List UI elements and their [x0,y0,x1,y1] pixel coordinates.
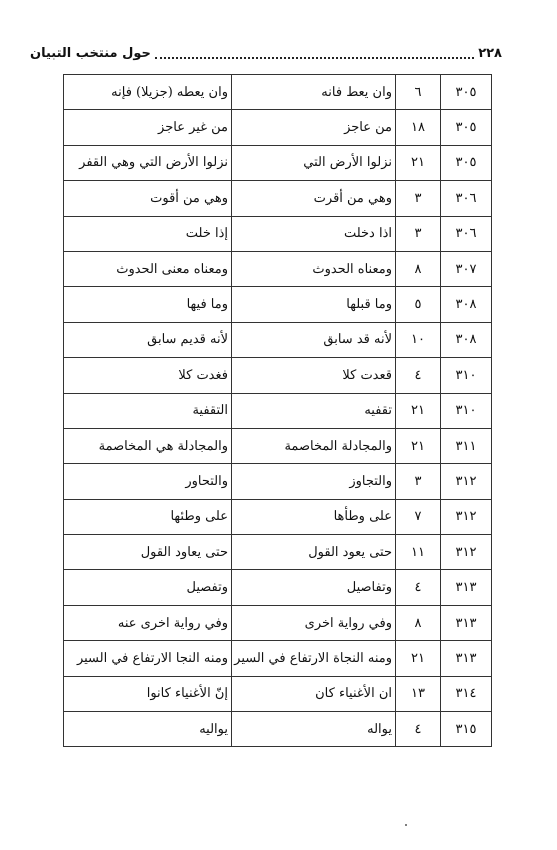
error-text-cell: وما قبلها [232,287,396,322]
correction-text-cell: إذا خلت [64,216,232,251]
page-number-cell: ٣٠٥ [441,110,492,145]
correction-text-cell: وان يعطه (جزيلا) فإنه [64,75,232,110]
table-row: ٣١٢١١حتى يعود القولحتى يعاود القول [64,535,492,570]
table-row: ٣٠٦٣اذا دخلتإذا خلت [64,216,492,251]
correction-text-cell: وفي رواية اخرى عنه [64,605,232,640]
table-row: ٣٠٨١٠لأنه قد سابقلأنه قديم سابق [64,322,492,357]
error-text-cell: وفي رواية اخرى [232,605,396,640]
correction-text-cell: لأنه قديم سابق [64,322,232,357]
table-row: ٣١٢٧على وطأهاعلى وطئها [64,499,492,534]
page-number-cell: ٣٠٦ [441,181,492,216]
page-number-cell: ٣١٤ [441,676,492,711]
correction-text-cell: حتى يعاود القول [64,535,232,570]
page-number-cell: ٣١٠ [441,358,492,393]
page-number-cell: ٣١٢ [441,464,492,499]
correction-text-cell: ومنه النجا الارتفاع في السير [64,641,232,676]
correction-text-cell: وتفصيل [64,570,232,605]
error-text-cell: ان الأغنياء كان [232,676,396,711]
error-text-cell: نزلوا الأرض التي [232,145,396,180]
correction-text-cell: فغدت كلا [64,358,232,393]
line-number-cell: ١٣ [396,676,441,711]
error-text-cell: وتفاصيل [232,570,396,605]
page-number-cell: ٣٠٨ [441,287,492,322]
line-number-cell: ٣ [396,181,441,216]
error-text-cell: والمجادلة المخاصمة [232,428,396,463]
line-number-cell: ٢١ [396,393,441,428]
table-row: ٣٠٥١٨من عاجزمن غير عاجز [64,110,492,145]
correction-text-cell: يواليه [64,712,232,747]
line-number-cell: ١٨ [396,110,441,145]
error-text-cell: ومعناه الحدوث [232,251,396,286]
line-number-cell: ٦ [396,75,441,110]
page-number-cell: ٣٠٨ [441,322,492,357]
line-number-cell: ٧ [396,499,441,534]
page-number: ٢٢٨ [478,46,502,61]
correction-text-cell: إنّ الأغنياء كانوا [64,676,232,711]
error-text-cell: على وطأها [232,499,396,534]
error-text-cell: من عاجز [232,110,396,145]
correction-text-cell: على وطئها [64,499,232,534]
correction-text-cell: ومعناه معنى الحدوث [64,251,232,286]
table-row: ٣١٢٣والتجاوزوالتحاور [64,464,492,499]
error-text-cell: والتجاوز [232,464,396,499]
line-number-cell: ٨ [396,251,441,286]
table-row: ٣٠٥٦وان يعط فانهوان يعطه (جزيلا) فإنه [64,75,492,110]
table-row: ٣١٤١٣ان الأغنياء كانإنّ الأغنياء كانوا [64,676,492,711]
line-number-cell: ٤ [396,358,441,393]
table-row: ٣٠٨٥وما قبلهاوما فيها [64,287,492,322]
page-number-cell: ٣١٢ [441,535,492,570]
page-number-cell: ٣١٢ [441,499,492,534]
page-number-cell: ٣١٣ [441,605,492,640]
table-row: ٣١٣٢١ومنه النجاة الارتفاع في السيرومنه ا… [64,641,492,676]
correction-text-cell: من غير عاجز [64,110,232,145]
book-title: حول منتخب التبيان [30,46,151,61]
table-row: ٣١١٢١والمجادلة المخاصمةوالمجادلة هي المخ… [64,428,492,463]
table-row: ٣١٠٤قعدت كلافغدت كلا [64,358,492,393]
table-row: ٣١٣٤وتفاصيلوتفصيل [64,570,492,605]
line-number-cell: ٤ [396,712,441,747]
error-text-cell: وهي من أقرت [232,181,396,216]
line-number-cell: ٢١ [396,145,441,180]
page-number-cell: ٣٠٧ [441,251,492,286]
page-number-cell: ٣١٠ [441,393,492,428]
table-row: ٣١٣٨وفي رواية اخرىوفي رواية اخرى عنه [64,605,492,640]
correction-text-cell: نزلوا الأرض التي وهي القفر [64,145,232,180]
error-text-cell: يواله [232,712,396,747]
line-number-cell: ٢١ [396,641,441,676]
running-header: ٢٢٨ حول منتخب التبيان [30,42,502,64]
dotted-leader [155,57,474,59]
correction-text-cell: والتحاور [64,464,232,499]
page-number-cell: ٣٠٥ [441,145,492,180]
error-text-cell: قعدت كلا [232,358,396,393]
error-text-cell: لأنه قد سابق [232,322,396,357]
error-text-cell: ومنه النجاة الارتفاع في السير [232,641,396,676]
page-number-cell: ٣١٣ [441,570,492,605]
stray-mark [405,824,407,826]
error-text-cell: تقفيه [232,393,396,428]
line-number-cell: ٢١ [396,428,441,463]
line-number-cell: ١١ [396,535,441,570]
page-number-cell: ٣٠٥ [441,75,492,110]
line-number-cell: ٣ [396,464,441,499]
page-number-cell: ٣١٣ [441,641,492,676]
table-row: ٣٠٦٣وهي من أقرتوهي من أقوت [64,181,492,216]
page-number-cell: ٣١٥ [441,712,492,747]
page-number-cell: ٣١١ [441,428,492,463]
errata-table-body: ٣٠٥٦وان يعط فانهوان يعطه (جزيلا) فإنه٣٠٥… [64,75,492,747]
error-text-cell: حتى يعود القول [232,535,396,570]
line-number-cell: ٤ [396,570,441,605]
line-number-cell: ١٠ [396,322,441,357]
error-text-cell: اذا دخلت [232,216,396,251]
correction-text-cell: وما فيها [64,287,232,322]
correction-text-cell: التقفية [64,393,232,428]
errata-table: ٣٠٥٦وان يعط فانهوان يعطه (جزيلا) فإنه٣٠٥… [63,74,492,747]
line-number-cell: ٣ [396,216,441,251]
table-row: ٣١٥٤يوالهيواليه [64,712,492,747]
correction-text-cell: وهي من أقوت [64,181,232,216]
table-row: ٣٠٧٨ومعناه الحدوثومعناه معنى الحدوث [64,251,492,286]
page-number-cell: ٣٠٦ [441,216,492,251]
table-row: ٣٠٥٢١نزلوا الأرض التينزلوا الأرض التي وه… [64,145,492,180]
table-row: ٣١٠٢١تقفيهالتقفية [64,393,492,428]
line-number-cell: ٥ [396,287,441,322]
correction-text-cell: والمجادلة هي المخاصمة [64,428,232,463]
error-text-cell: وان يعط فانه [232,75,396,110]
line-number-cell: ٨ [396,605,441,640]
